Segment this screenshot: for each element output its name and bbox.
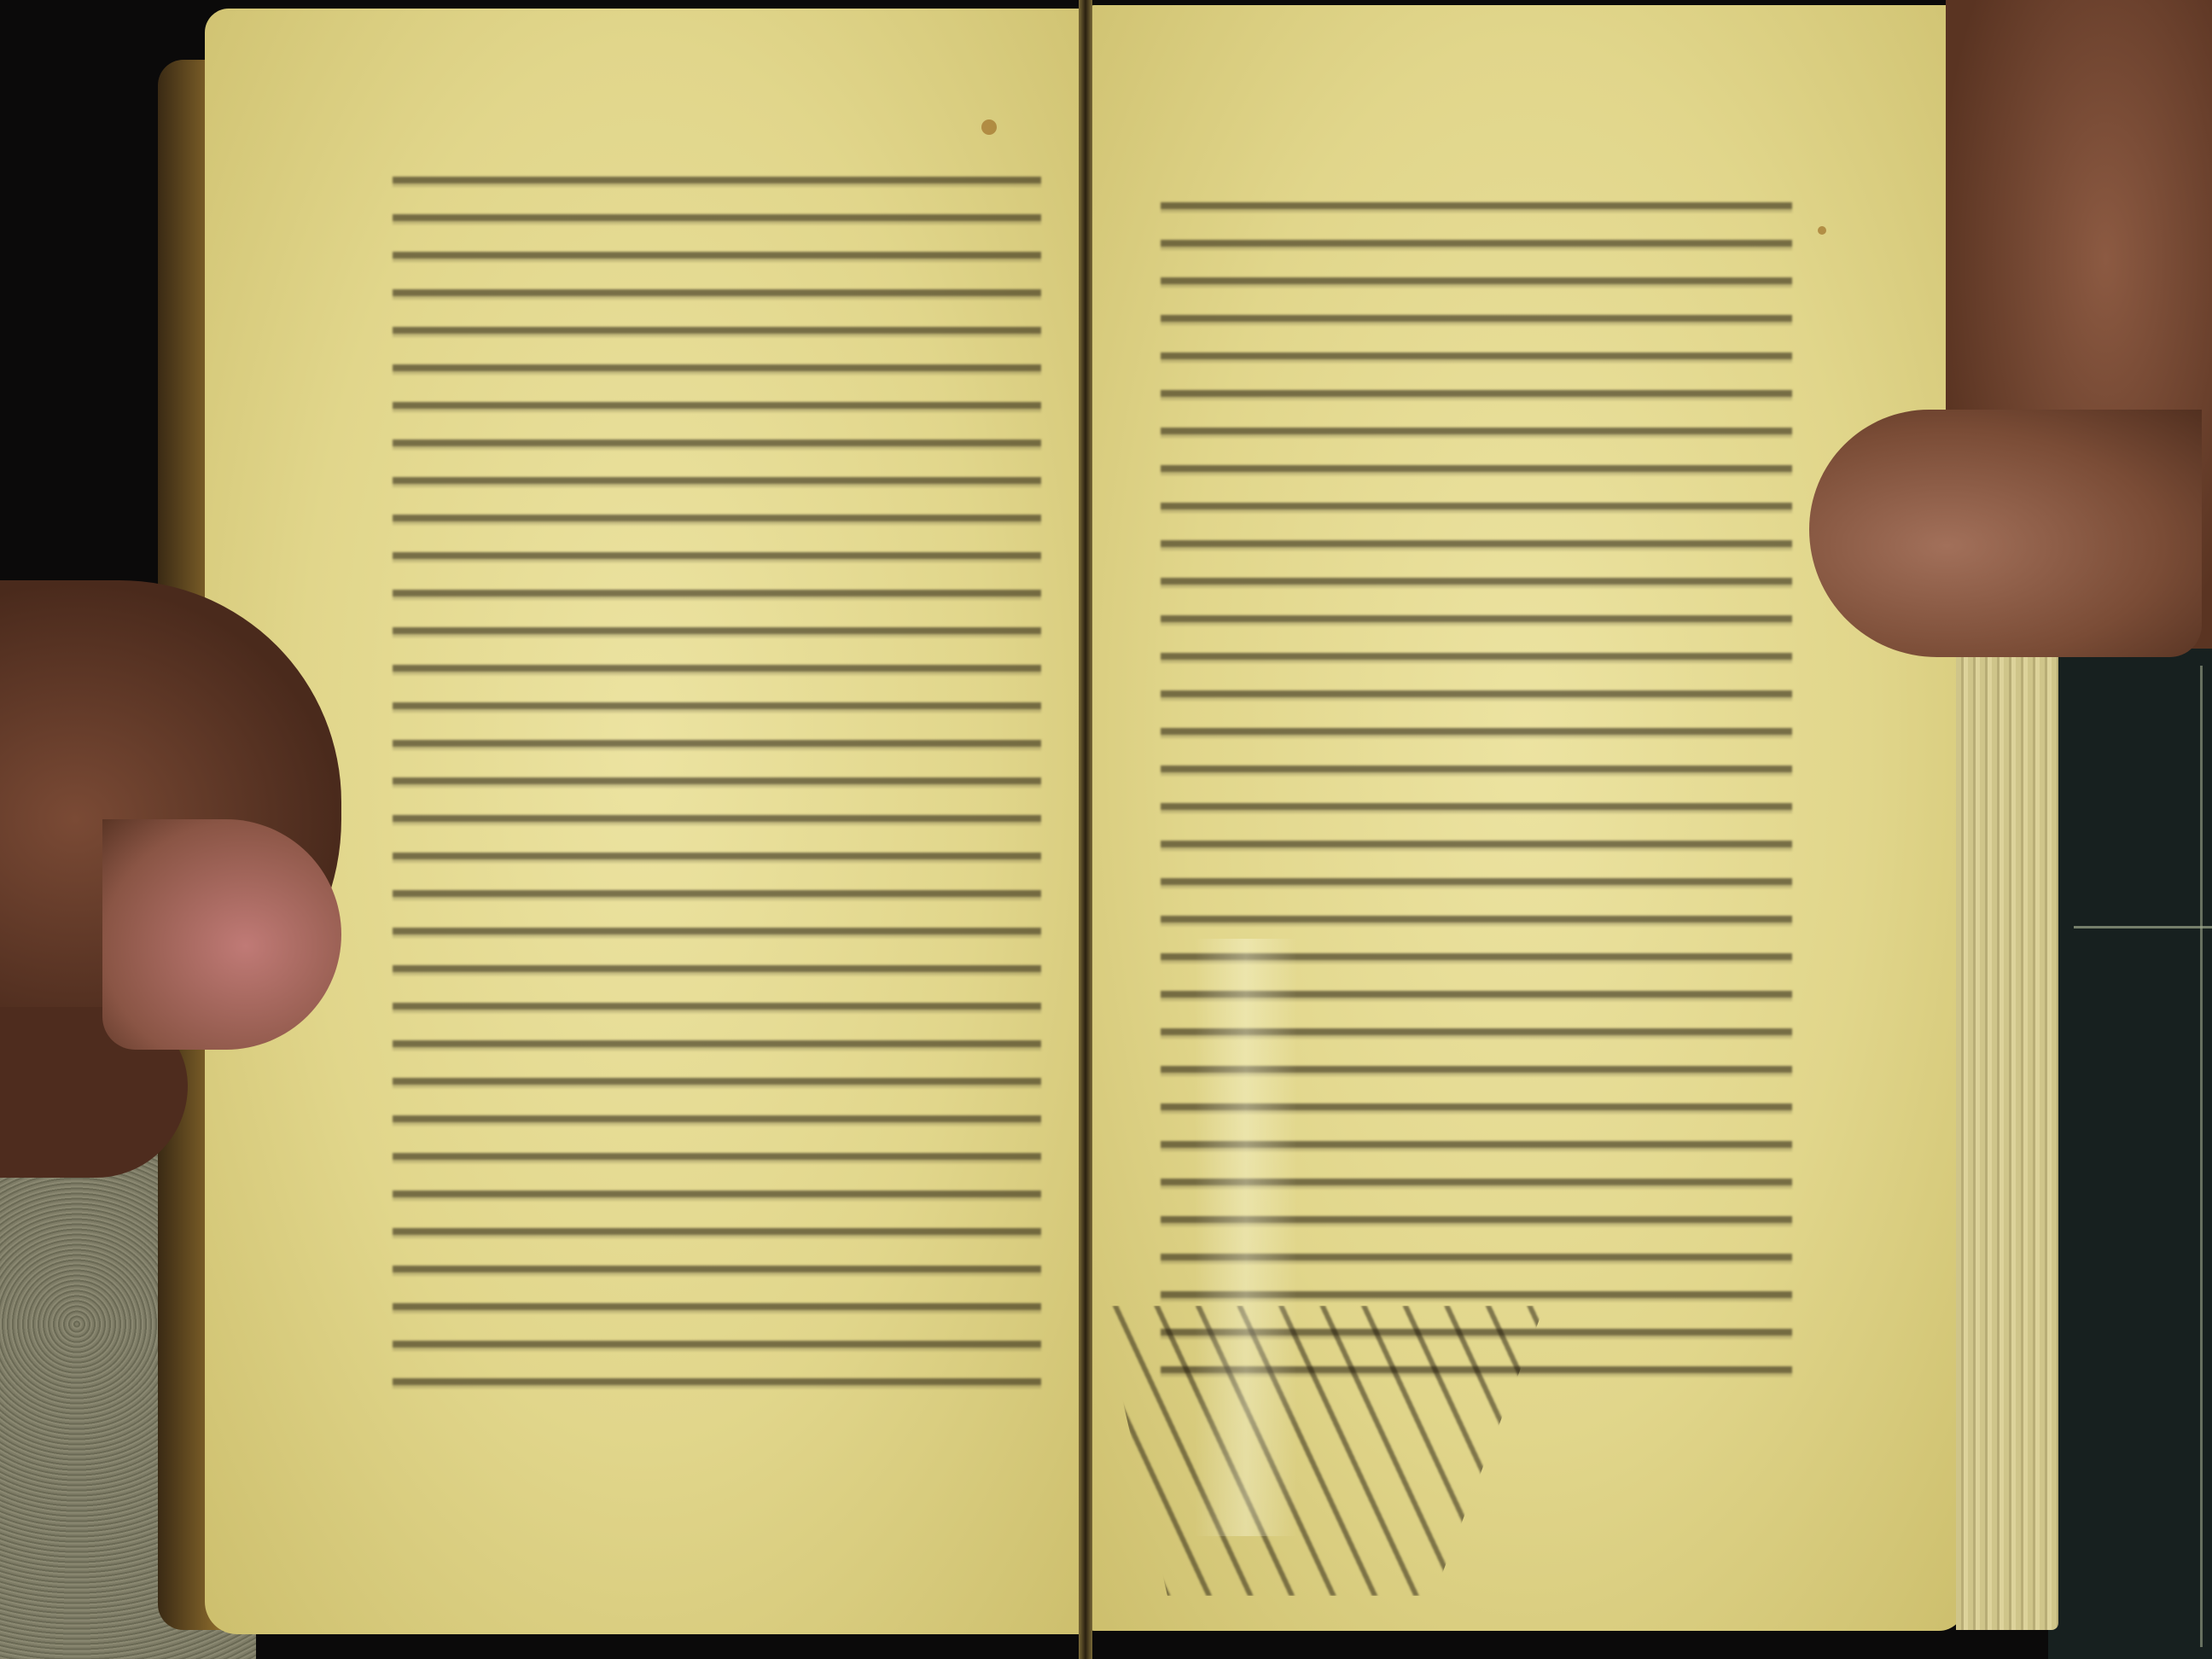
paper-stain [981, 119, 997, 135]
cutting-mat [2048, 649, 2212, 1659]
left-page-text-block [393, 158, 1041, 1404]
page-block-edges [1956, 649, 2058, 1630]
book-spine [1079, 0, 1092, 1659]
mat-grid-line [2200, 666, 2203, 1647]
mat-grid-line [2074, 926, 2212, 928]
right-thumb [1809, 410, 2202, 657]
paper-stain [1818, 226, 1826, 235]
light-glare [1195, 939, 1297, 1536]
left-thumb [102, 819, 341, 1050]
